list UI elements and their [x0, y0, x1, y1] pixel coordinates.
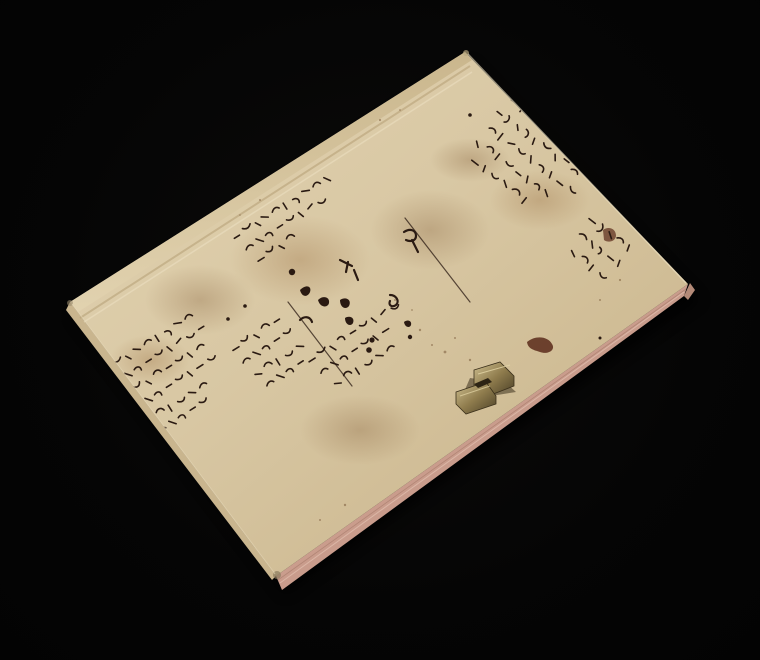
photo-scene: [0, 0, 760, 660]
notebook-photo: [0, 0, 760, 660]
